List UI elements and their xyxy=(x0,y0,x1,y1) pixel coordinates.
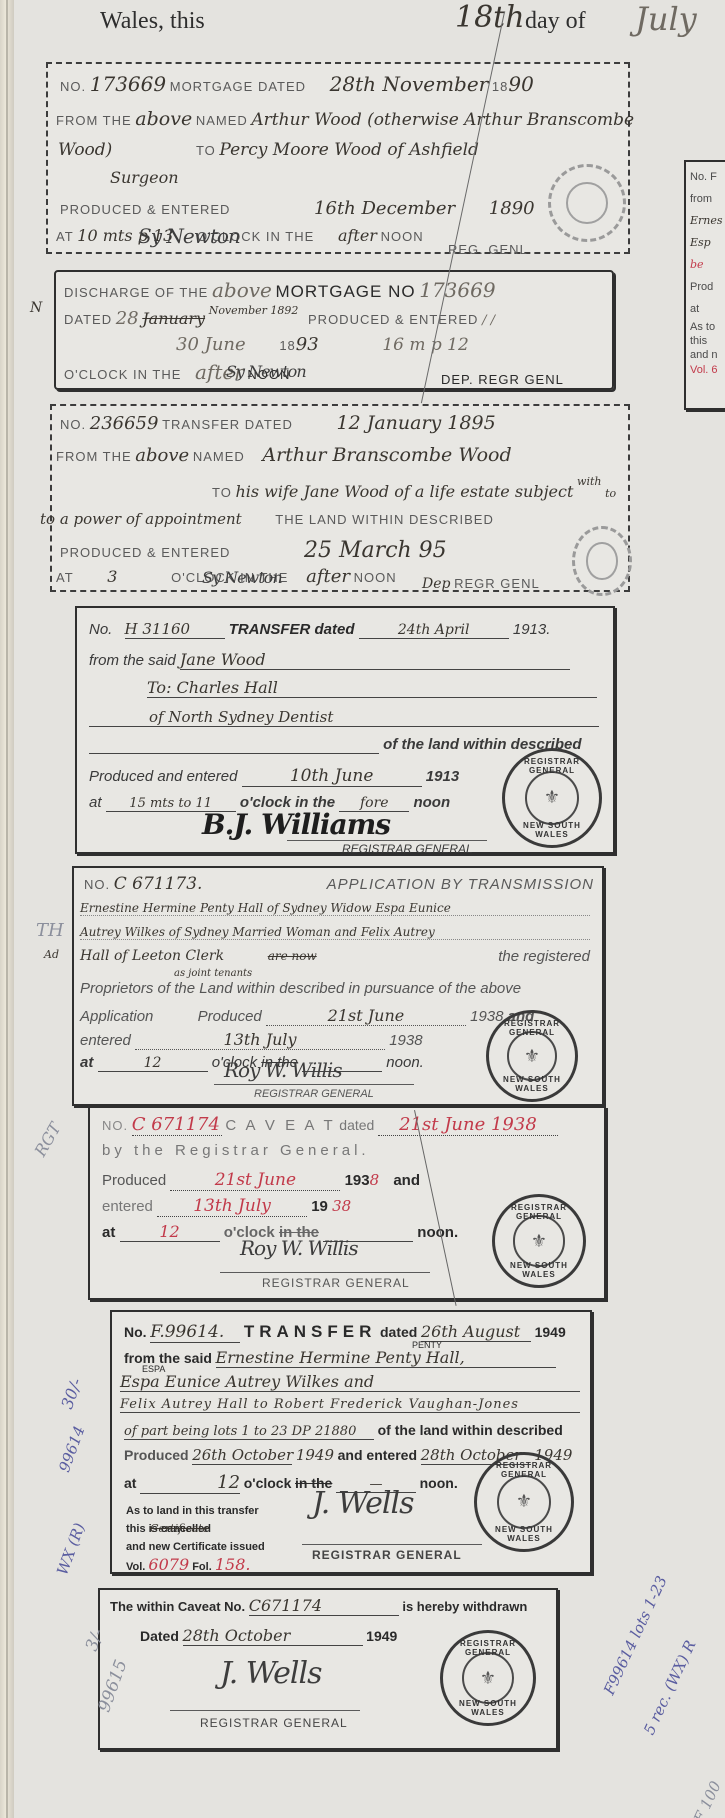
signature: J. Wells xyxy=(220,1656,322,1691)
registrar-stamp: REGISTRAR GENERAL ⚜ NEW SOUTH WALES xyxy=(492,1194,586,1288)
margin-mark: N xyxy=(30,300,42,316)
entry-caveat-1938: No. C 671174 C A V E A T dated 21st June… xyxy=(88,1106,606,1300)
registrar-stamp: REGISTRAR GENERAL ⚜ NEW SOUTH WALES xyxy=(440,1630,536,1726)
entry-transfer-1949: No. F.99614. TRANSFER dated 26th August … xyxy=(110,1310,592,1574)
registrar-stamp: REGISTRAR GENERAL ⚜ NEW SOUTH WALES xyxy=(486,1010,578,1102)
margin-mark: Ad xyxy=(44,948,59,961)
margin-mark: WX (R) xyxy=(53,1521,88,1578)
page-binding-edge xyxy=(0,0,14,1818)
header-month: July xyxy=(635,0,697,38)
discharged-mortgage-number: 173669 xyxy=(419,278,495,302)
transfer-number: H 31160 xyxy=(125,620,225,639)
registrar-stamp xyxy=(548,164,626,242)
registrar-stamp: REGISTRAR GENERAL ⚜ NEW SOUTH WALES xyxy=(502,748,602,848)
mortgagor-name: Arthur Wood (otherwise Arthur Branscombe xyxy=(251,110,634,130)
entry-transmission-1938: No. C 671173. APPLICATION BY TRANSMISSIO… xyxy=(72,866,604,1106)
header-day: 18th xyxy=(455,0,525,35)
new-certificate-volume: 6079 xyxy=(148,1555,189,1574)
margin-mark: RGT xyxy=(31,1119,65,1159)
signature: Roy W. Willis xyxy=(240,1236,358,1260)
mortgage-number: 173669 xyxy=(90,72,166,96)
entry-mortgage-1890: No. 173669 MORTGAGE DATED 28th November … xyxy=(46,62,630,254)
annotation: F99614 lots 1-23 xyxy=(600,1573,671,1697)
signature: J. Wells xyxy=(312,1486,414,1521)
side-partial-entry: No. F from Ernes Esp be Prod at As to th… xyxy=(684,160,725,410)
entry-discharge-1893: DISCHARGE OF THE above MORTGAGE No 17366… xyxy=(54,270,614,390)
registrar-stamp xyxy=(572,526,632,596)
entry-transfer-1895: No. 236659 TRANSFER DATED 12 January 189… xyxy=(50,404,630,592)
header-day-of: day of xyxy=(525,8,586,35)
entry-transfer-1913: No. H 31160 TRANSFER dated 24th April 19… xyxy=(75,606,615,854)
entry-caveat-withdrawal-1949: The within Caveat No. C671174 is hereby … xyxy=(98,1588,558,1750)
new-certificate-folio: 158. xyxy=(215,1555,251,1574)
signature: Sy Newton xyxy=(138,224,240,248)
margin-mark: 30/- xyxy=(57,1376,86,1412)
header-prefix: Wales, this xyxy=(100,8,205,35)
signature: B.J. Williams xyxy=(202,808,390,841)
margin-mark: 99614 xyxy=(55,1424,88,1475)
registrar-stamp: REGISTRAR GENERAL ⚜ NEW SOUTH WALES xyxy=(474,1452,574,1552)
mortgagee-name: Percy Moore Wood of Ashfield xyxy=(219,140,479,160)
annotation: F 100 xyxy=(690,1778,725,1818)
transfer-number: F.99614. xyxy=(150,1322,240,1343)
caveat-number: C 671174 xyxy=(132,1114,222,1136)
mortgage-date: 28th November xyxy=(330,72,489,96)
margin-mark: TH xyxy=(36,920,64,941)
annotation: 5 rec. (WX) R xyxy=(640,1637,699,1737)
transmission-number: C 671173. xyxy=(114,874,203,894)
signature: Roy W. Willis xyxy=(224,1058,342,1082)
withdrawn-caveat-number: C671174 xyxy=(249,1596,399,1616)
